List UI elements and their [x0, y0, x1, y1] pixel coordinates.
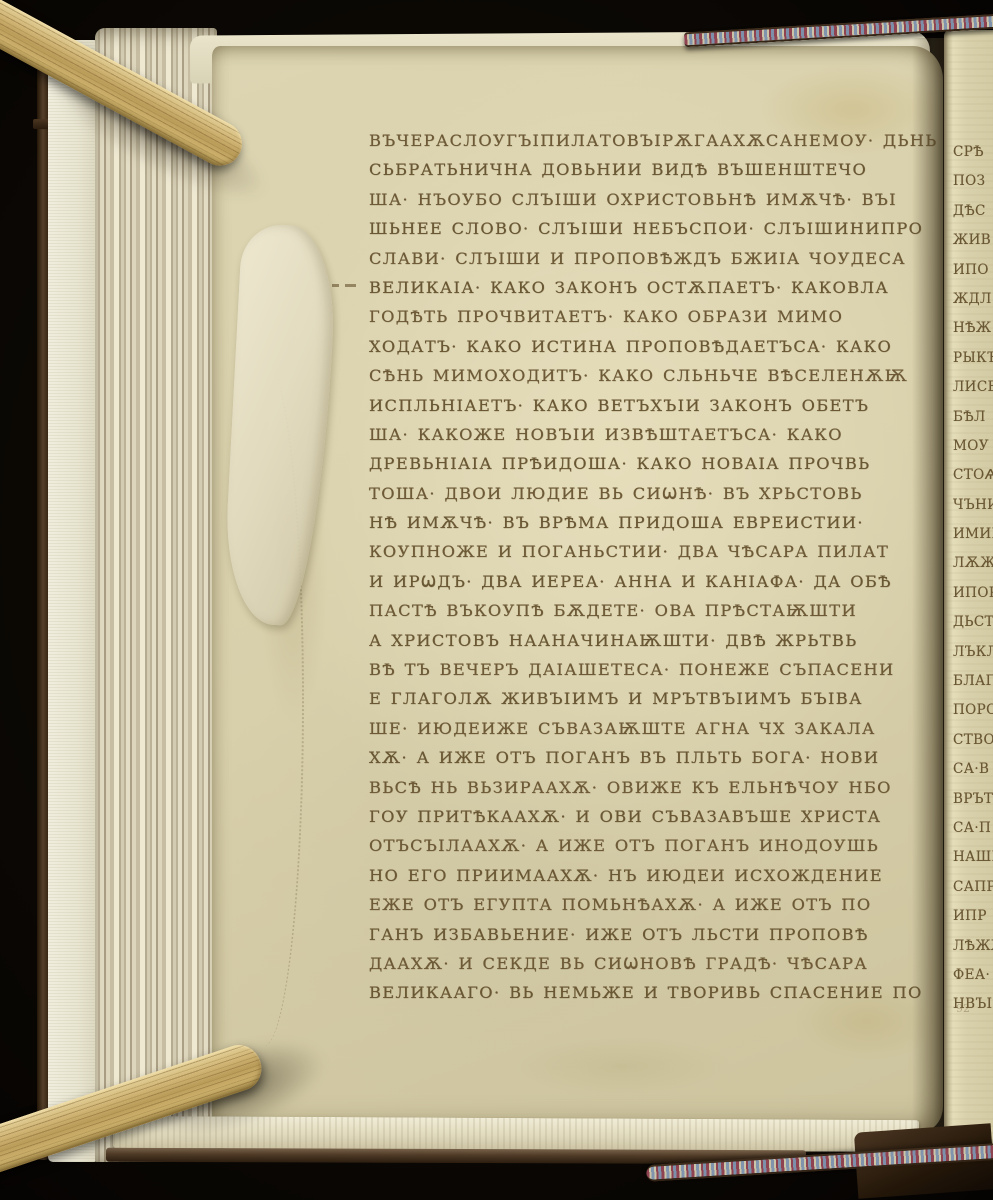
manuscript-text-line: ШЬНЕЕ СЛОВО· СЛЪІШИ НЕБЪСПОИ· СЛЪІШИНИПР… [369, 214, 955, 243]
manuscript-text-line: А ХРИСТОВЪ НААНАЧИНАѬШТИ· ДВѢ ЖРЬТВЬ [369, 626, 955, 655]
next-page-text-fragment: НАШИ [953, 843, 993, 872]
manuscript-text-line: ТОША· ДВОИ ЛЮДИЕ ВЬ СИѠНѢ· ВЪ ХРЬСТОВЬ [369, 479, 955, 508]
manuscript-text-line: ДААХѪ· И СЕКДЕ ВЬ СИѠНОВѢ ГРАДѢ· ЧѢСАРА [369, 949, 955, 978]
next-page-text-fragment: РЫКЪ [953, 344, 993, 373]
next-page-text-fragment: ИПР [953, 902, 993, 931]
next-page-text-fragment: ЧЪНИ [953, 491, 993, 520]
next-page-text-fragment: НѢЖ [953, 314, 993, 343]
manuscript-text-line: ВѢ ТЪ ВЕЧЕРЪ ДАІАШЕТЕСА· ПОНЕЖЕ СЪПАСЕНИ [369, 655, 955, 684]
manuscript-text-line: ША· НЪОУБО СЛЪІШИ ОХРИСТОВЬНѢ ИМѪЧѢ· ВЪІ [369, 185, 955, 214]
next-page-text-fragment: ПОРОХ [953, 696, 993, 725]
next-page-text-fragment: ЖИВ [953, 226, 993, 255]
manuscript-text-line: ГОДѢТЬ ПРОЧВИТАЕТЪ· КАКО ОБРАЗИ МИМО [369, 302, 955, 331]
manuscript-text-line: ВЕЛИКААГО· ВЬ НЕМЬЖЕ И ТВОРИВЬ СПАСЕНИЕ … [369, 978, 955, 1007]
next-page-text-fragment: ИМИР [953, 520, 993, 549]
manuscript-text-line: ОТЪСЪІЛААХѪ· А ИЖЕ ОТЪ ПОГАНЪ ИНОДОУШЬ [369, 831, 955, 860]
book-cover-left-edge [37, 58, 48, 1160]
next-page-text-column: СРѢПОЗДѢСЖИВИПОЖДЛНѢЖРЫКЪЛИСЕБѢЛМОУСТОѦЧ… [953, 138, 993, 1020]
manuscript-text-line: ХОДАТЪ· КАКО ИСТИНА ПРОПОВѢДАЕТЪСА· КАКО [369, 332, 955, 361]
manuscript-page: ВЪЧЕРАСЛОУГЪІПИЛАТОВЪІРѪГААХѪСАНЕМОУ· ДЬ… [212, 46, 943, 1132]
next-page-text-fragment: БѢЛ [953, 403, 993, 432]
manuscript-text-line: ПАСТѢ ВЪКОУПѢ БѪДЕТЕ· ОВА ПРѢСТАѬШТИ [369, 596, 955, 625]
next-page-text-fragment: СРѢ [953, 138, 993, 167]
next-page-text-fragment: ИПО [953, 256, 993, 285]
manuscript-text-line: ША· КАКОЖЕ НОВЪІИ ИЗВѢШТАЕТЪСА· КАКО [369, 420, 955, 449]
next-page-text-fragment: СТОѦ [953, 461, 993, 490]
parchment-stain [512, 1036, 732, 1096]
manuscript-text-line: ВЬСѢ НЬ ВЬЗИРААХѪ· ОВИЖЕ КЪ ЕЛЬНѢЧОУ НБО [369, 773, 955, 802]
manuscript-text-line: ГАНЪ ИЗБАВЬЕНИЕ· ИЖЕ ОТЪ ЛЬСТИ ПРОПОВѢ [369, 920, 955, 949]
quire-mark: 92 [956, 1002, 970, 1015]
manuscript-text-line: ИСПЛЬНІАЕТЪ· КАКО ВЕТЪХЪІИ ЗАКОНЪ ОБЕТЪ [369, 391, 955, 420]
next-page-text-fragment: ПОЗ [953, 167, 993, 196]
manuscript-text-line: ШЕ· ИЮДЕИЖЕ СЪВАЗАѬШТЕ АГНА ЧХ ЗАКАЛА [369, 714, 955, 743]
manuscript-text-line: ДРЕВЬНІАІА ПРѢИДОША· КАКО НОВАІА ПРОЧВЬ [369, 449, 955, 478]
endpaper-edge [48, 40, 96, 1162]
manuscript-text-line: Е ГЛАГОЛѪ ЖИВЪІИМЪ И МРЪТВЪІИМЪ БЪІВА [369, 684, 955, 713]
next-page-text-fragment: БЛАГ [953, 667, 993, 696]
page-edges-stack [95, 28, 217, 1162]
next-page-text-fragment: СТВО [953, 726, 993, 755]
photo-stage: ВЪЧЕРАСЛОУГЪІПИЛАТОВЪІРѪГААХѪСАНЕМОУ· ДЬ… [0, 0, 993, 1200]
next-page-text-fragment: ЛѪЖ [953, 549, 993, 578]
margin-mark [332, 284, 356, 287]
manuscript-text-line: ЕЖЕ ОТЪ ЕГУПТА ПОМЬНѢАХѪ· А ИЖЕ ОТЪ ПО [369, 890, 955, 919]
manuscript-text-line: НО ЕГО ПРИИМААХѪ· НЪ ИЮДЕИ ИСХОЖДЕНИЕ [369, 861, 955, 890]
manuscript-text-line: КОУПНОЖЕ И ПОГАНЬСТИИ· ДВА ЧѢСАРА ПИЛАТ [369, 537, 955, 566]
manuscript-text-line: ХѪ· А ИЖЕ ОТЪ ПОГАНЪ ВЪ ПЛЬТЬ БОГА· НОВИ [369, 743, 955, 772]
next-page-text-fragment: ФЕА· [953, 961, 993, 990]
next-page-text-fragment: ДѢС [953, 197, 993, 226]
manuscript-text-line: ГОУ ПРИТѢКААХѪ· И ОВИ СЪВАЗАВЪШЕ ХРИСТА [369, 802, 955, 831]
manuscript-text-line: СЛАВИ· СЛЪІШИ И ПРОПОВѢЖДЪ БЖИІА ЧОУДЕСА [369, 244, 955, 273]
next-page-text-fragment: ВРЪТ [953, 785, 993, 814]
next-page-sliver: СРѢПОЗДѢСЖИВИПОЖДЛНѢЖРЫКЪЛИСЕБѢЛМОУСТОѦЧ… [944, 30, 993, 1162]
next-page-text-fragment: САПР [953, 873, 993, 902]
manuscript-text-line: СЬБРАТЬНИЧНА ДОВЬНИИ ВИДѢ ВЪШЕНШТЕЧО [369, 155, 955, 184]
next-page-text-fragment: ИПОР [953, 579, 993, 608]
next-page-text-fragment: СА·В [953, 755, 993, 784]
manuscript-text-line: ВЪЧЕРАСЛОУГЪІПИЛАТОВЪІРѪГААХѪСАНЕМОУ· ДЬ… [369, 126, 955, 155]
next-page-text-fragment: ЖДЛ [953, 285, 993, 314]
manuscript-text-line: НѢ ИМѪЧѢ· ВЪ ВРѢМА ПРИДОША ЕВРЕИСТИИ· [369, 508, 955, 537]
next-page-text-fragment: МОУ [953, 432, 993, 461]
next-page-text-fragment: ДЬСТ [953, 608, 993, 637]
next-page-text-fragment: ЛѢЖЖ [953, 932, 993, 961]
next-page-text-fragment: СА·П [953, 814, 993, 843]
manuscript-text-line: ВЕЛИКАІА· КАКО ЗАКОНЪ ОСТѪПАЕТЪ· КАКОВЛА [369, 273, 955, 302]
manuscript-text-line: СѢНЬ МИМОХОДИТЪ· КАКО СЛЬНЬЧЕ ВѢСЕЛЕНѪѬ [369, 361, 955, 390]
manuscript-text-block: ВЪЧЕРАСЛОУГЪІПИЛАТОВЪІРѪГААХѪСАНЕМОУ· ДЬ… [369, 126, 955, 1008]
manuscript-text-line: И ИРѠДЪ· ДВА ИЕРЕА· АННА И КАНІАФА· ДА О… [369, 567, 955, 596]
next-page-text-fragment: ЛИСЕ [953, 373, 993, 402]
next-page-text-fragment: ЛЪКЛ [953, 638, 993, 667]
